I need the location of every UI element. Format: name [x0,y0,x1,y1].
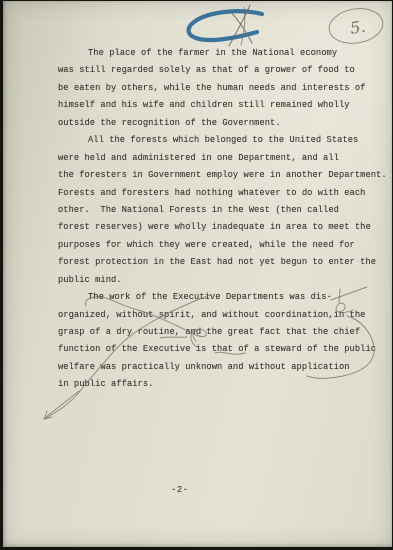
scanned-page-photo: The place of the farmer in the National … [0,0,393,550]
handwritten-annotations: 5. [3,1,393,547]
typewritten-page: The place of the farmer in the National … [3,1,392,547]
pencil-edit-scribbles [44,287,374,419]
corner-number: 5. [349,17,367,38]
blue-ink-swoosh [189,11,262,40]
circled-page-mark: 5. [327,5,386,47]
